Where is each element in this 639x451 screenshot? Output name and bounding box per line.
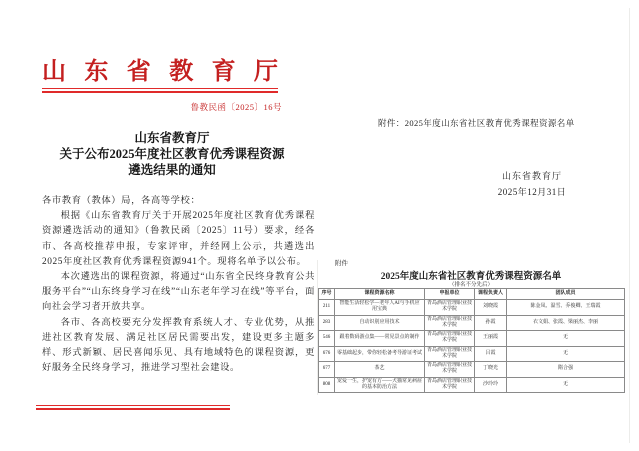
table-cell: 刘晓霞 — [475, 300, 507, 316]
table-cell: 沙玲玲 — [475, 377, 507, 393]
footer-rule-thin — [36, 405, 230, 406]
table-cell: 茶艺 — [335, 362, 425, 378]
table-cell: 零基础起步，带你轻松备考导游证考试 — [335, 346, 425, 362]
resource-table-body: 211 智能生活轻松学—老年人AI与手机应用宝典 青岛酒店管理职业技术学院 刘晓… — [319, 300, 625, 393]
resource-table: 序号 课程资源名称 申报单位 课程负责人 团队成员 211 智能生活轻松学—老年… — [318, 288, 625, 393]
signature-agency: 山东省教育厅 — [472, 169, 592, 182]
table-row: 211 智能生活轻松学—老年人AI与手机应用宝典 青岛酒店管理职业技术学院 刘晓… — [319, 300, 625, 316]
notice-body: 各市教育（教体）局，各高等学校： 根据《山东省教育厅关于开展2025年度社区教育… — [42, 194, 315, 376]
notice-title: 山东省教育厅 关于公布2025年度社区教育优秀课程资源 遴选结果的通知 — [33, 130, 311, 178]
table-cell: 智能生活轻松学—老年人AI与手机应用宝典 — [335, 300, 425, 316]
footer-rule-thick — [36, 408, 230, 411]
table-row: 677 茶艺 青岛酒店管理职业技术学院 丁晓光 隋合强 — [319, 362, 625, 378]
signature-date: 2025年12月31日 — [472, 185, 592, 198]
table-cell: 无 — [507, 346, 625, 362]
attachment-label: 附件 — [335, 258, 348, 267]
page-right-edge-line — [629, 8, 630, 443]
table-cell: 无 — [507, 377, 625, 393]
col-header-unit: 申报单位 — [425, 289, 475, 300]
table-cell: 跟着数码游点集——常见景点的制作 — [335, 331, 425, 347]
table-cell: 隋合强 — [507, 362, 625, 378]
table-cell: 陈金凤、温雪、乔俊卿、王瑞霞 — [507, 300, 625, 316]
table-cell: 无 — [507, 331, 625, 347]
letterhead-rule-thick — [42, 91, 278, 94]
table-header-row: 序号 课程资源名称 申报单位 课程负责人 团队成员 — [319, 289, 625, 300]
notice-title-line1: 山东省教育厅 — [33, 130, 311, 146]
col-header-name: 课程资源名称 — [335, 289, 425, 300]
notice-paragraph-1: 根据《山东省教育厅关于开展2025年度社区教育优秀课程资源遴选活动的通知》（鲁教… — [42, 209, 315, 270]
table-cell: 丁晓光 — [475, 362, 507, 378]
table-cell: 青岛酒店管理职业技术学院 — [425, 300, 475, 316]
notice-salutation: 各市教育（教体）局，各高等学校： — [42, 194, 315, 209]
notice-title-line3: 遴选结果的通知 — [33, 162, 311, 178]
document-number: 鲁教民函〔2025〕16号 — [42, 101, 282, 113]
table-cell: 衣文娟、张霞、梁丽杰、李丽 — [507, 315, 625, 331]
table-cell: 自动识别应用技术 — [335, 315, 425, 331]
col-header-team: 团队成员 — [507, 289, 625, 300]
table-cell: 青岛酒店管理职业技术学院 — [425, 362, 475, 378]
notice-paragraph-3: 各市、各高校要充分发挥教育系统人才、专业优势，从推进社区教育发展、满足社区居民需… — [42, 316, 315, 377]
table-cell: 青岛酒店管理职业技术学院 — [425, 331, 475, 347]
table-cell: 546 — [319, 331, 335, 347]
letterhead-rule-thin — [42, 88, 278, 89]
table-row: 676 零基础起步，带你轻松备考导游证考试 青岛酒店管理职业技术学院 吕霞 无 — [319, 346, 625, 362]
table-cell: 677 — [319, 362, 335, 378]
table-cell: 王丽霞 — [475, 331, 507, 347]
table-cell: 青岛酒店管理职业技术学院 — [425, 346, 475, 362]
table-cell: 青岛酒店管理职业技术学院 — [425, 315, 475, 331]
table-cell: 211 — [319, 300, 335, 316]
col-header-leader: 课程负责人 — [475, 289, 507, 300]
col-header-index: 序号 — [319, 289, 335, 300]
table-cell: 青岛酒店管理职业技术学院 — [425, 377, 475, 393]
table-row: 283 自动识别应用技术 青岛酒店管理职业技术学院 孙霞 衣文娟、张霞、梁丽杰、… — [319, 315, 625, 331]
table-cell: 808 — [319, 377, 335, 393]
attachment-reference-line: 附件：2025年度山东省社区教育优秀课程资源名单 — [378, 117, 575, 129]
letterhead-agency-title: 山东省教育厅 — [42, 58, 278, 86]
notice-title-line2: 关于公布2025年度社区教育优秀课程资源 — [33, 146, 311, 162]
table-cell: 283 — [319, 315, 335, 331]
table-cell: 宠爱一生，护宠有方——犬猫常见病症的基本防治方法 — [335, 377, 425, 393]
table-cell: 吕霞 — [475, 346, 507, 362]
table-cell: 676 — [319, 346, 335, 362]
table-row: 546 跟着数码游点集——常见景点的制作 青岛酒店管理职业技术学院 王丽霞 无 — [319, 331, 625, 347]
notice-paragraph-2: 本次遴选出的课程资源，将通过“山东省全民终身教育公共服务平台”“山东终身学习在线… — [42, 270, 315, 316]
table-cell: 孙霞 — [475, 315, 507, 331]
table-row: 808 宠爱一生，护宠有方——犬猫常见病症的基本防治方法 青岛酒店管理职业技术学… — [319, 377, 625, 393]
scanned-document: 山东省教育厅 鲁教民函〔2025〕16号 山东省教育厅 关于公布2025年度社区… — [0, 0, 639, 451]
resource-table-subtitle: （排名不分先后） — [318, 280, 624, 288]
